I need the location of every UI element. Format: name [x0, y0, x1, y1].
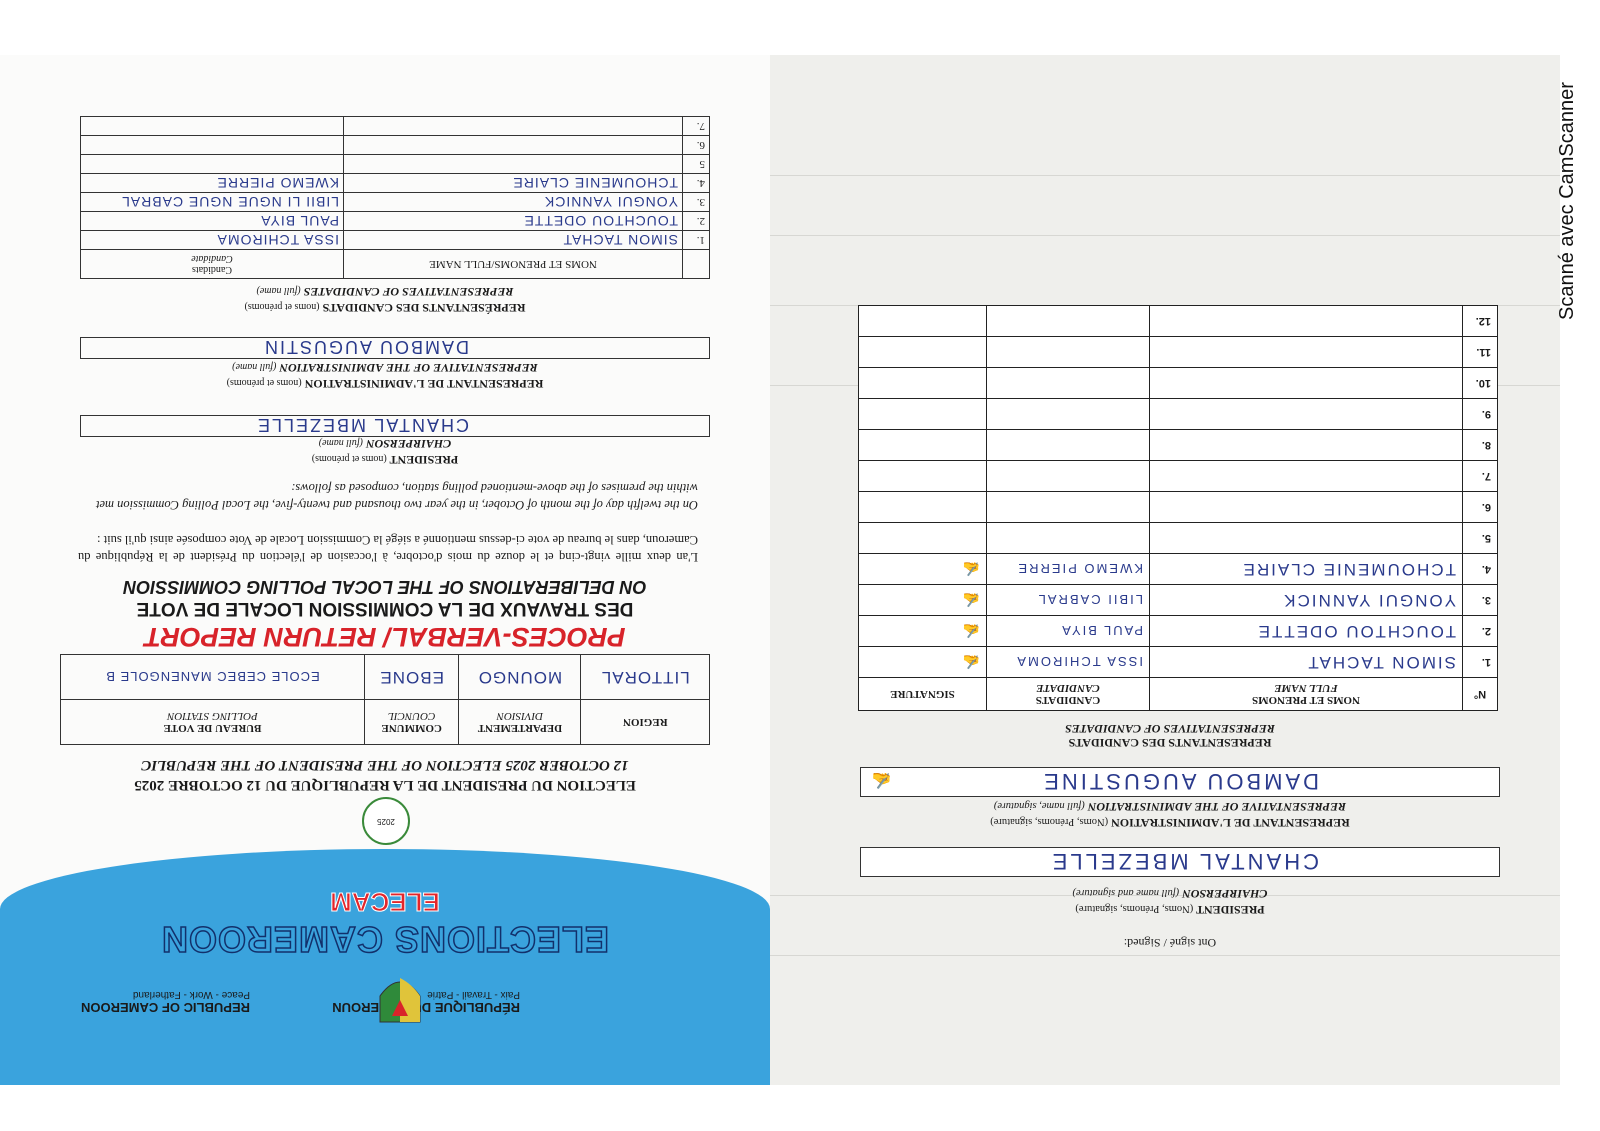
rep-name-cell[interactable]: YONGUI YANNICK [1150, 585, 1463, 616]
right-table-header: N° NOMS ET PRENOMSFULL NAME CANDIDATSCAN… [859, 678, 1498, 711]
right-president-field[interactable]: CHANTAL MBEZELLE [860, 847, 1500, 877]
header-council: COMMUNECOUNCIL [364, 700, 458, 745]
row-number: 7. [683, 117, 710, 136]
rep-name-cell[interactable] [344, 136, 683, 155]
table-row: 10. [859, 368, 1498, 399]
signed-label: Ont signé / Signed: [840, 935, 1500, 950]
row-number: 6. [683, 136, 710, 155]
report-title: PROCES-VERBAL/ RETURN REPORT [60, 621, 710, 652]
row-number: 2. [683, 212, 710, 231]
location-header-row: REGION DEPARTEMENTDIVISION COMMUNECOUNCI… [61, 700, 710, 745]
header-region: REGION [581, 700, 710, 745]
rep-name-cell[interactable] [1150, 306, 1463, 337]
col-cand: CANDIDATSCANDIDATE [987, 678, 1150, 711]
row-number: 10. [1463, 368, 1498, 399]
table-row: 7. [81, 117, 710, 136]
region-value: LITTORAL [581, 655, 710, 700]
rep-name-cell[interactable]: TCHOUMENIE CLAIRE [1150, 554, 1463, 585]
candidate-cell[interactable] [987, 337, 1150, 368]
signature-icon: ✍ [963, 593, 980, 609]
right-president-label: PRESIDENT (Noms, Prénoms, signature) CHA… [840, 885, 1500, 917]
rep-name-cell[interactable] [1150, 368, 1463, 399]
candidate-cell[interactable] [987, 368, 1150, 399]
col-candidate: CandidatsCandidate [81, 250, 344, 279]
table-row: 7. [859, 461, 1498, 492]
table-row: 4. TCHOUMENIE CLAIRE KWEMO PIERRE [81, 174, 710, 193]
signature-icon: ✍ [963, 562, 980, 578]
signature-cell[interactable] [859, 306, 987, 337]
candidate-cell[interactable]: LIBII CABRAL [987, 585, 1150, 616]
header-polling-station: BUREAU DE VOTEPOLLING STATION [61, 700, 365, 745]
left-page-content: RÉPUBLIQUE DU CAMEROUN Paix - Travail - … [0, 55, 770, 1085]
division-value: MOUNGO [459, 655, 581, 700]
row-number: 4. [683, 174, 710, 193]
signature-cell[interactable] [859, 337, 987, 368]
left-page: RÉPUBLIQUE DU CAMEROUN Paix - Travail - … [0, 55, 770, 1085]
rep-name-cell[interactable] [1150, 399, 1463, 430]
intro-text-en: On the twelfth day of the month of Octob… [78, 479, 698, 513]
candidate-cell[interactable]: KWEMO PIERRE [81, 174, 344, 193]
row-number: 5 [683, 155, 710, 174]
table-row: 1. SIMON TACHAT ISSA TCHIROMA [81, 231, 710, 250]
candidate-cell[interactable] [987, 399, 1150, 430]
row-number: 6. [1463, 492, 1498, 523]
row-number: 4. [1463, 554, 1498, 585]
reps-header-row: NOMS ET PRENOMS/FULL NAME CandidatsCandi… [81, 250, 710, 279]
rep-name-cell[interactable] [1150, 492, 1463, 523]
table-row: 6. [859, 492, 1498, 523]
location-table: REGION DEPARTEMENTDIVISION COMMUNECOUNCI… [60, 654, 710, 745]
candidate-cell[interactable] [987, 492, 1150, 523]
candidate-cell[interactable] [81, 136, 344, 155]
right-candidate-reps-table: N° NOMS ET PRENOMSFULL NAME CANDIDATSCAN… [858, 305, 1498, 711]
signature-cell[interactable] [859, 368, 987, 399]
table-row: 2. TOUCHTOU ODETTE PAUL BIYA ✍ [859, 616, 1498, 647]
election-title-fr: ELECTION DU PRESIDENT DE LA REPUBLIQUE D… [60, 776, 710, 793]
header-division: DEPARTEMENTDIVISION [459, 700, 581, 745]
candidate-cell[interactable] [987, 461, 1150, 492]
candidate-reps-label: REPRÉSENTANTS DES CANDIDATS (noms et pré… [60, 283, 710, 315]
right-reps-label: REPRESENTANTS DES CANDIDATS REPRESENTATI… [840, 722, 1500, 750]
table-row: 9. [859, 399, 1498, 430]
rep-name-cell[interactable] [1150, 461, 1463, 492]
motto-en: Peace - Work - Fatherland [81, 989, 250, 1000]
table-row: 12. [859, 306, 1498, 337]
signature-icon: ✍ [963, 624, 980, 640]
rep-name-cell[interactable] [1150, 337, 1463, 368]
candidate-cell[interactable] [81, 155, 344, 174]
col-full-name: NOMS ET PRENOMS/FULL NAME [344, 250, 683, 279]
administration-name-field[interactable]: DAMBOU AUGUSTIN [80, 337, 710, 359]
rep-name-cell[interactable]: SIMON TACHAT [1150, 647, 1463, 678]
rep-name-cell[interactable]: TCHOUMENIE CLAIRE [344, 174, 683, 193]
right-administration-field[interactable]: DAMBOU AUGUSTINE ✍ [860, 767, 1500, 797]
candidate-cell[interactable]: KWEMO PIERRE [987, 554, 1150, 585]
signature-cell[interactable] [859, 430, 987, 461]
candidate-cell[interactable]: PAUL BIYA [987, 616, 1150, 647]
location-value-row: LITTORAL MOUNGO EBONE ECOLE CEBEC MANENG… [61, 655, 710, 700]
report-subtitle-fr: DES TRAVAUX DE LA COMMISSION LOCALE DE V… [60, 597, 710, 619]
president-label: PRESIDENT (noms et prénoms) CHAIRPERSON … [60, 435, 710, 467]
administration-signature-icon: ✍ [869, 764, 892, 794]
table-row: 2. TOUCHTOU ODETTE PAUL BIYA [81, 212, 710, 231]
banner-title: ELECTIONS CAMEROON [0, 918, 770, 960]
row-number: 1. [683, 231, 710, 250]
polling-station-value: ECOLE CEBEC MANENGOLE B [61, 655, 365, 700]
candidate-cell[interactable] [987, 523, 1150, 554]
col-signature: SIGNATURE [859, 678, 987, 711]
candidate-cell[interactable]: PAUL BIYA [81, 212, 344, 231]
election-seal-icon: 2025 [362, 797, 410, 845]
rep-name-cell[interactable]: SIMON TACHAT [344, 231, 683, 250]
rep-name-cell[interactable]: TOUCHTOU ODETTE [344, 212, 683, 231]
candidate-cell[interactable]: ISSA TCHIROMA [81, 231, 344, 250]
row-number: 2. [1463, 616, 1498, 647]
candidate-cell[interactable]: ISSA TCHIROMA [987, 647, 1150, 678]
banner-acronym: ELECAM [0, 886, 770, 917]
rep-name-cell[interactable]: YONGUI YANNICK [344, 193, 683, 212]
signature-icon: ✍ [963, 655, 980, 671]
rep-name-cell[interactable] [344, 155, 683, 174]
rep-name-cell[interactable] [1150, 523, 1463, 554]
table-row: 8. [859, 430, 1498, 461]
row-number: 3. [1463, 585, 1498, 616]
coat-of-arms-icon [370, 966, 430, 1030]
intro-text-fr: L'an deux mille vingt-cinq et le douze d… [78, 531, 698, 565]
right-administration-label: REPRESENTANT DE L'ADMINISTRATION (Noms, … [840, 798, 1500, 830]
report-subtitle-en: ON DELIBERATIONS OF THE LOCAL POLLING CO… [60, 576, 710, 597]
signature-cell[interactable] [859, 523, 987, 554]
table-row: 4. TCHOUMENIE CLAIRE KWEMO PIERRE ✍ [859, 554, 1498, 585]
signature-cell[interactable]: ✍ [859, 585, 987, 616]
col-name: NOMS ET PRENOMSFULL NAME [1150, 678, 1463, 711]
right-page-content: Ont signé / Signed: PRESIDENT (Noms, Pré… [770, 55, 1560, 1085]
candidate-cell[interactable] [987, 430, 1150, 461]
row-number: 8. [1463, 430, 1498, 461]
republic-en-title: REPUBLIC OF CAMEROON [81, 1000, 250, 1015]
signature-cell[interactable]: ✍ [859, 554, 987, 585]
table-row: 11. [859, 337, 1498, 368]
candidate-cell[interactable]: LIBII LI NGUE NGUE CABRAL [81, 193, 344, 212]
signature-cell[interactable] [859, 492, 987, 523]
president-name-field[interactable]: CHANTAL MBEZELLE [80, 415, 710, 437]
table-row: 1. SIMON TACHAT ISSA TCHIROMA ✍ [859, 647, 1498, 678]
signature-cell[interactable] [859, 461, 987, 492]
candidate-cell[interactable] [987, 306, 1150, 337]
row-number: 3. [683, 193, 710, 212]
rep-name-cell[interactable]: TOUCHTOU ODETTE [1150, 616, 1463, 647]
table-row: 6. [81, 136, 710, 155]
table-row: 3. YONGUI YANNICK LIBII CABRAL ✍ [859, 585, 1498, 616]
row-number: 11. [1463, 337, 1498, 368]
rep-name-cell[interactable] [1150, 430, 1463, 461]
seal-text: 2025 [377, 817, 395, 826]
col-num: N° [1463, 678, 1498, 711]
camscanner-watermark: Scanné avec CamScanner [1552, 40, 1592, 340]
row-number: 1. [1463, 647, 1498, 678]
row-number: 7. [1463, 461, 1498, 492]
candidate-cell[interactable] [81, 117, 344, 136]
row-number: 12. [1463, 306, 1498, 337]
council-value: EBONE [364, 655, 458, 700]
signature-cell[interactable]: ✍ [859, 616, 987, 647]
row-number: 9. [1463, 399, 1498, 430]
right-page: Ont signé / Signed: PRESIDENT (Noms, Pré… [770, 55, 1560, 1085]
administration-label: REPRESENTANT DE L'ADMINISTRATION (noms e… [60, 359, 710, 391]
candidate-reps-table: NOMS ET PRENOMS/FULL NAME CandidatsCandi… [80, 116, 710, 279]
election-title-en: 12 OCTOBER 2025 ELECTION OF THE PRESIDEN… [60, 756, 710, 773]
signature-cell[interactable] [859, 399, 987, 430]
table-row: 3. YONGUI YANNICK LIBII LI NGUE NGUE CAB… [81, 193, 710, 212]
table-row: 5 [81, 155, 710, 174]
rep-name-cell[interactable] [344, 117, 683, 136]
republic-en: REPUBLIC OF CAMEROON Peace - Work - Fath… [81, 989, 250, 1015]
signature-cell[interactable]: ✍ [859, 647, 987, 678]
table-row: 5. [859, 523, 1498, 554]
row-number: 5. [1463, 523, 1498, 554]
